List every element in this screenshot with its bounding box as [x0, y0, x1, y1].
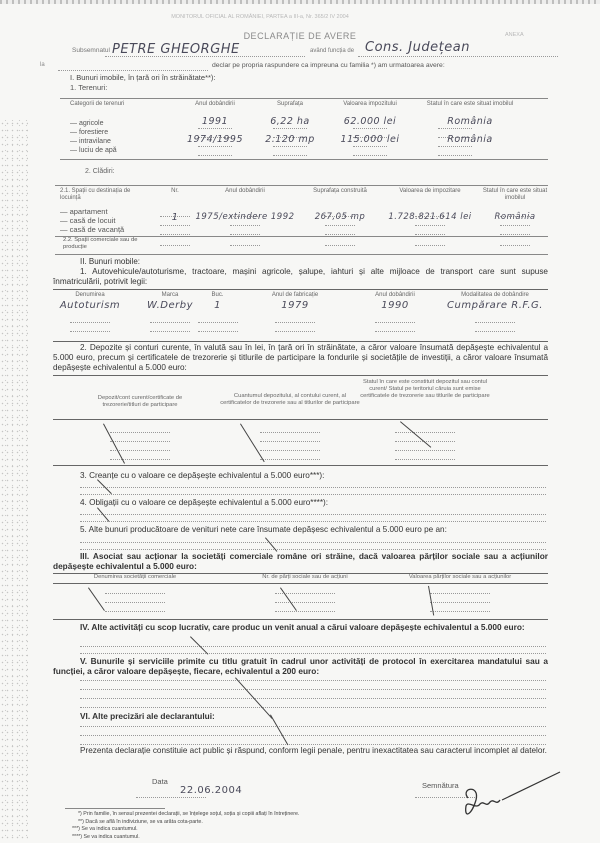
- column-header: Buc.: [205, 292, 230, 299]
- dotted-fill-line: [260, 450, 320, 451]
- dotted-fill-line: [110, 432, 170, 433]
- scan-edge: [0, 0, 600, 4]
- column-header: Suprafața construită: [300, 188, 380, 195]
- section-2-title: II. Bunuri mobile:: [80, 257, 140, 266]
- dotted-fill-line: [105, 611, 165, 612]
- building-cell[interactable]: 1975/extindere 1992: [190, 212, 300, 222]
- dotted-fill-line: [438, 128, 472, 129]
- dotted-fill-line: [325, 225, 355, 226]
- column-header: Anul dobândirii: [200, 188, 290, 195]
- la-label: la: [40, 62, 45, 68]
- dotted-fill-line: [375, 322, 415, 323]
- land-category: — intravilane: [70, 138, 111, 145]
- footnote: ****) Se va indica cuantumul.: [72, 834, 140, 840]
- land-cell[interactable]: 1974/1995: [180, 134, 250, 145]
- vehicle-cell[interactable]: Autoturism: [55, 300, 125, 311]
- closing-statement: Prezenta declarație constituie act publi…: [53, 746, 548, 756]
- column-header: Denumirea societății comerciale: [60, 574, 210, 581]
- obligations-title: 4. Obligații cu o valoare ce depășește e…: [80, 498, 328, 508]
- dotted-fill-line: [198, 146, 232, 147]
- column-header: Valoarea părților sociale sau a acțiunil…: [380, 574, 540, 581]
- dotted-fill-line: [500, 245, 530, 246]
- column-header: Depozit/cont curent/certificate de trezo…: [80, 395, 200, 409]
- dotted-fill-line: [275, 602, 335, 603]
- column-header: Anul dobândirii: [180, 101, 250, 108]
- signature-mark[interactable]: [440, 770, 580, 830]
- building-category: — casă de vacanță: [60, 225, 124, 234]
- column-header: Nr. de părți sociale sau de acțiuni: [230, 574, 380, 581]
- column-header: 2.1. Spații cu destinația de locuință: [60, 188, 140, 202]
- vehicle-cell[interactable]: 1990: [350, 300, 440, 311]
- dotted-fill-line: [198, 155, 232, 156]
- dotted-fill-line: [438, 155, 472, 156]
- dotted-fill-line: [500, 225, 530, 226]
- dotted-fill-line: [260, 441, 320, 442]
- dotted-fill-line: [160, 245, 190, 246]
- dotted-fill-line: [160, 225, 190, 226]
- strike-slash: [270, 715, 288, 746]
- function-label: având funcția de: [310, 48, 354, 54]
- column-header: Nr.: [160, 188, 190, 195]
- strike-slash: [240, 423, 265, 462]
- dotted-fill-line: [475, 331, 515, 332]
- vehicle-cell[interactable]: Cumpărare R.F.G.: [440, 300, 550, 311]
- dotted-fill-line: [353, 128, 387, 129]
- function-value[interactable]: Cons. Județean: [365, 40, 470, 55]
- column-header: Anul de fabricație: [245, 292, 345, 299]
- column-header: Suprafața: [255, 101, 325, 108]
- dotted-fill-line: [230, 234, 260, 235]
- column-header: Statul în care este constituit depozitul…: [360, 379, 490, 400]
- dotted-fill-line: [430, 593, 490, 594]
- building-cell[interactable]: 1.728.821.614 lei: [375, 212, 485, 222]
- dotted-fill-line: [395, 432, 455, 433]
- dotted-fill-line: [415, 234, 445, 235]
- dotted-fill-line: [415, 245, 445, 246]
- column-header: Anul dobândirii: [350, 292, 440, 299]
- subsemnatul-label: Subsemnatul: [72, 47, 110, 54]
- footnote: ***) Se va indica cuantumul.: [72, 826, 138, 832]
- dotted-fill-line: [198, 331, 238, 332]
- land-category: — forestiere: [70, 129, 108, 136]
- land-cell[interactable]: 2.120 mp: [255, 134, 325, 145]
- scan-noise: [0, 120, 28, 840]
- column-header: Statul în care este situat imobilul: [420, 101, 520, 108]
- dotted-fill-line: [438, 146, 472, 147]
- land-cell[interactable]: 1991: [180, 116, 250, 127]
- cladiri-title: 2. Clădiri:: [85, 168, 115, 175]
- dotted-fill-line: [260, 432, 320, 433]
- dotted-fill-line: [110, 459, 170, 460]
- footnote: *) Prin familie, în sensul prezentei dec…: [78, 811, 299, 817]
- dotted-fill-line: [475, 322, 515, 323]
- column-header: Modalitatea de dobândire: [440, 292, 550, 299]
- section-5-title: V. Bunurile și serviciile primite cu tit…: [53, 656, 548, 676]
- other-goods-title: 5. Alte bunuri producătoare de venituri …: [80, 525, 447, 535]
- strike-slash: [88, 587, 105, 611]
- annex-label: ANEXA: [505, 32, 524, 38]
- date-value[interactable]: 22.06.2004: [180, 785, 242, 796]
- date-label: Data: [152, 777, 168, 786]
- section-3-title: III. Asociat sau acționar la societăți c…: [53, 551, 548, 571]
- deposits-title: 2. Depozite și conturi curente, în valut…: [53, 343, 548, 373]
- land-cell[interactable]: România: [420, 116, 520, 127]
- dotted-fill-line: [500, 234, 530, 235]
- dotted-fill-line: [275, 611, 335, 612]
- strike-slash: [400, 421, 431, 447]
- vehicles-title: 1. Autovehicule/autoturisme, tractoare, …: [53, 267, 548, 287]
- dotted-fill-line: [230, 245, 260, 246]
- dotted-fill-line: [395, 459, 455, 460]
- column-header: Valoarea impozitului: [335, 101, 405, 108]
- dotted-fill-line: [273, 146, 307, 147]
- building-category: — casă de locuit: [60, 216, 115, 225]
- dotted-fill-line: [105, 593, 165, 594]
- dotted-fill-line: [70, 322, 110, 323]
- dotted-fill-line: [150, 322, 190, 323]
- dotted-fill-line: [198, 128, 232, 129]
- declaration-page: MONITORUL OFICIAL AL ROMÂNIEI, PARTEA a …: [0, 0, 600, 843]
- dotted-fill-line: [273, 128, 307, 129]
- dotted-fill-line: [415, 225, 445, 226]
- dotted-fill-line: [110, 450, 170, 451]
- section-4-title: IV. Alte activități cu scop lucrativ, ca…: [53, 622, 548, 632]
- land-category: — agricole: [70, 120, 103, 127]
- column-header: Marca: [140, 292, 200, 299]
- dotted-fill-line: [198, 322, 238, 323]
- dotted-fill-line: [325, 245, 355, 246]
- dotted-fill-line: [260, 459, 320, 460]
- terenuri-title: 1. Terenuri:: [70, 83, 107, 92]
- dotted-fill-line: [275, 331, 315, 332]
- dotted-fill-line: [395, 450, 455, 451]
- column-header: Cuantumul depozitului, al contului curen…: [220, 393, 360, 407]
- building-category: — apartament: [60, 207, 108, 216]
- dotted-fill-line: [325, 234, 355, 235]
- column-header: Denumirea: [55, 292, 125, 299]
- dotted-fill-line: [430, 611, 490, 612]
- gazette-header: MONITORUL OFICIAL AL ROMÂNIEI, PARTEA a …: [120, 14, 400, 20]
- vehicle-cell[interactable]: W.Derby: [140, 300, 200, 311]
- land-cell[interactable]: 6,22 ha: [255, 116, 325, 127]
- dotted-fill-line: [353, 146, 387, 147]
- column-header: Categorii de terenuri: [70, 101, 130, 108]
- dotted-fill-line: [150, 331, 190, 332]
- column-header: Statul în care este situat imobilul: [480, 188, 550, 202]
- dotted-fill-line: [430, 602, 490, 603]
- land-category: — luciu de apă: [70, 147, 117, 154]
- land-cell[interactable]: 115.000 lei: [335, 134, 405, 145]
- section-1-title: I. Bunuri imobile, în țară ori în străin…: [70, 73, 216, 82]
- section-6-title: VI. Alte precizări ale declarantului:: [80, 711, 215, 721]
- dotted-fill-line: [375, 331, 415, 332]
- footnote: **) Dacă se află în indiviziune, se va a…: [78, 819, 203, 825]
- dotted-fill-line: [353, 155, 387, 156]
- dotted-fill-line: [105, 602, 165, 603]
- vehicle-cell[interactable]: 1979: [245, 300, 345, 311]
- land-cell[interactable]: 62.000 lei: [335, 116, 405, 127]
- claims-title: 3. Creanțe cu o valoare ce depășește ech…: [80, 471, 324, 481]
- dotted-fill-line: [70, 331, 110, 332]
- declar-text: declar pe propria raspundere ca impreuna…: [212, 62, 445, 69]
- dotted-fill-line: [230, 225, 260, 226]
- dotted-fill-line: [110, 441, 170, 442]
- vehicle-cell[interactable]: 1: [205, 300, 230, 311]
- commercial-spaces-label: 2.2. Spații comerciale sau de producție: [63, 237, 138, 251]
- dotted-fill-line: [273, 155, 307, 156]
- declarant-name[interactable]: PETRE GHEORGHE: [112, 42, 240, 57]
- strike-slash: [103, 424, 125, 464]
- building-cell[interactable]: România: [470, 212, 560, 222]
- column-header: Valoarea de impozitare: [385, 188, 475, 195]
- land-cell[interactable]: România: [420, 134, 520, 145]
- strike-slash: [280, 587, 297, 611]
- dotted-fill-line: [275, 322, 315, 323]
- dotted-fill-line: [160, 234, 190, 235]
